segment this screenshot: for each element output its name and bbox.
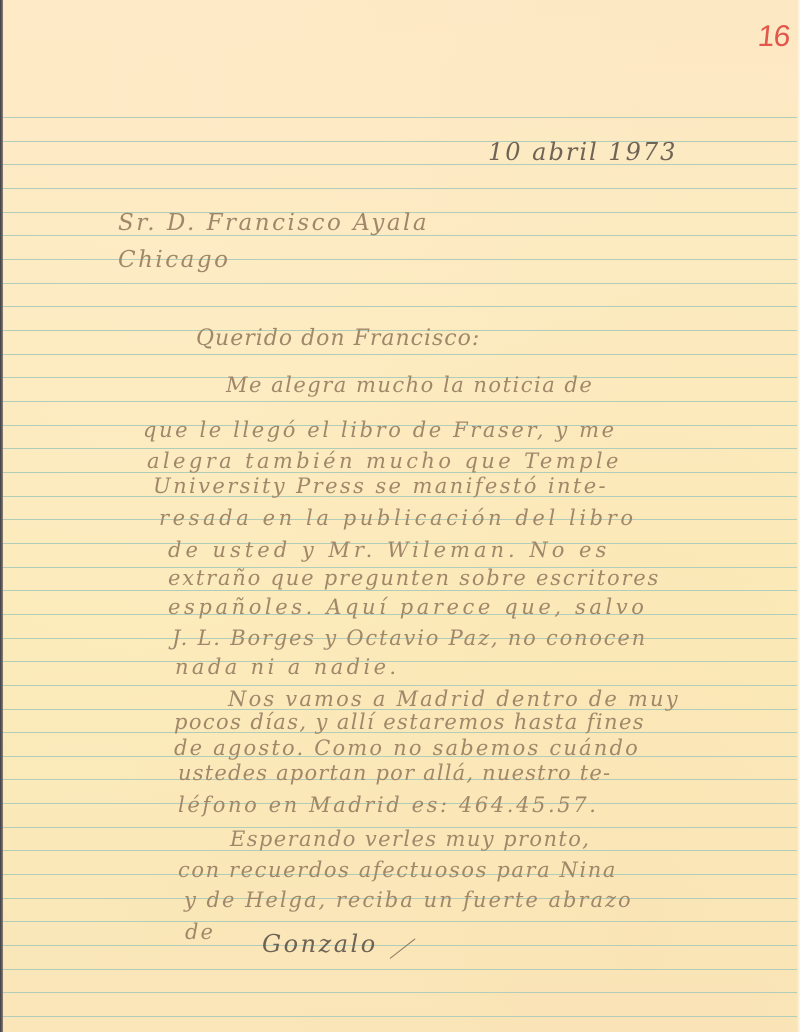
ruled-line [3, 306, 797, 307]
ruled-line [3, 117, 797, 118]
signature: Gonzalo [262, 932, 378, 956]
ruled-line [3, 921, 797, 922]
page-number: 16 [756, 20, 791, 54]
ruled-line [3, 590, 797, 591]
body-line: alegra también mucho que Temple [147, 451, 622, 472]
body-line: resada en la publicación del libro [159, 508, 637, 529]
recipient-name: Sr. D. Francisco Ayala [118, 212, 429, 235]
ruled-line [3, 945, 797, 946]
body-line: ustedes aportan por allá, nuestro te- [178, 763, 611, 784]
ruled-line [3, 164, 797, 165]
salutation: Querido don Francisco: [196, 328, 480, 350]
body-line: de usted y Mr. Wileman. No es [168, 540, 610, 561]
scan-left-edge [0, 0, 3, 1032]
ruled-line [3, 354, 797, 355]
ruled-line [3, 661, 797, 662]
ruled-line [3, 283, 797, 284]
body-line: extraño que pregunten sobre escritores [168, 568, 660, 589]
body-line: españoles. Aquí parece que, salvo [168, 597, 648, 618]
ruled-line [3, 969, 797, 970]
recipient-city: Chicago [118, 249, 230, 272]
body-line: léfono en Madrid es: 464.45.57. [178, 795, 598, 816]
body-line: de agosto. Como no sabemos cuándo [174, 738, 640, 759]
body-line: Esperando verles muy pronto, [230, 829, 590, 850]
letter-page: 16 10 abril 1973 Sr. D. Francisco Ayala … [0, 0, 800, 1032]
body-line: que le llegó el libro de Fraser, y me [143, 420, 617, 441]
body-line: University Press se manifestó inte- [153, 476, 608, 497]
ruled-line [3, 141, 797, 142]
ruled-line [3, 992, 797, 993]
signature-flourish [390, 938, 416, 959]
body-line: Me alegra mucho la noticia de [226, 375, 593, 396]
body-line: nada ni a nadie. [175, 657, 400, 678]
body-line: Nos vamos a Madrid dentro de muy [228, 689, 680, 710]
ruled-line [3, 685, 797, 686]
body-line: J. L. Borges y Octavio Paz, no conocen [172, 628, 647, 649]
ruled-line [3, 188, 797, 189]
ruled-line [3, 401, 797, 402]
letter-date: 10 abril 1973 [488, 140, 677, 164]
body-line: pocos días, y allí estaremos hasta fines [174, 712, 645, 733]
ruled-line [3, 1016, 797, 1017]
body-line: y de Helga, reciba un fuerte abrazo [184, 890, 633, 911]
body-line: con recuerdos afectuosos para Nina [178, 860, 617, 881]
body-line: de [185, 922, 215, 943]
